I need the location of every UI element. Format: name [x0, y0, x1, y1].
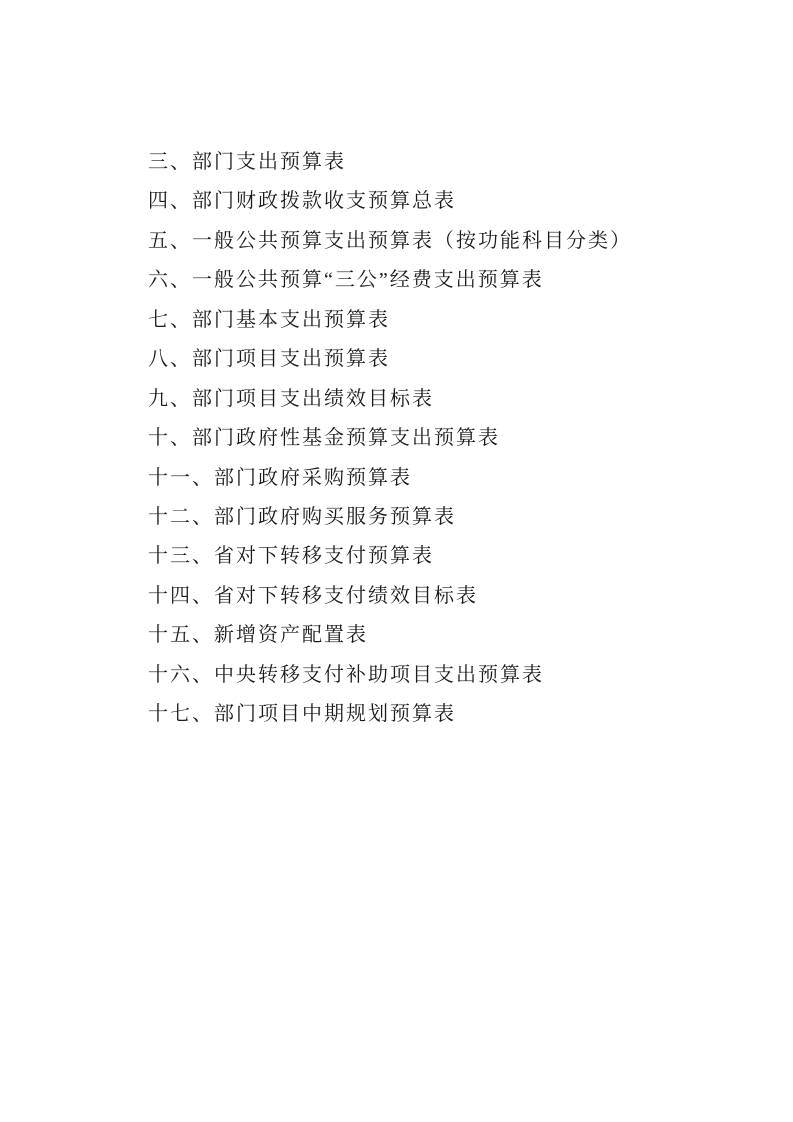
toc-item: 十、部门政府性基金预算支出预算表 — [148, 419, 632, 458]
toc-item: 四、部门财政拨款收支预算总表 — [148, 182, 632, 221]
toc-item: 十五、新增资产配置表 — [148, 616, 632, 655]
toc-item: 十一、部门政府采购预算表 — [148, 459, 632, 498]
toc-item: 三、部门支出预算表 — [148, 143, 632, 182]
toc-item: 五、一般公共预算支出预算表（按功能科目分类） — [148, 222, 632, 261]
toc-item: 十七、部门项目中期规划预算表 — [148, 695, 632, 734]
toc-item: 六、一般公共预算“三公”经费支出预算表 — [148, 261, 632, 300]
toc-item: 九、部门项目支出绩效目标表 — [148, 380, 632, 419]
toc-item: 八、部门项目支出预算表 — [148, 340, 632, 379]
toc-item: 十四、省对下转移支付绩效目标表 — [148, 577, 632, 616]
table-of-contents: 三、部门支出预算表 四、部门财政拨款收支预算总表 五、一般公共预算支出预算表（按… — [148, 143, 632, 735]
toc-item: 十二、部门政府购买服务预算表 — [148, 498, 632, 537]
toc-item: 十六、中央转移支付补助项目支出预算表 — [148, 656, 632, 695]
document-page: 三、部门支出预算表 四、部门财政拨款收支预算总表 五、一般公共预算支出预算表（按… — [0, 0, 793, 1122]
toc-item: 七、部门基本支出预算表 — [148, 301, 632, 340]
toc-item: 十三、省对下转移支付预算表 — [148, 537, 632, 576]
